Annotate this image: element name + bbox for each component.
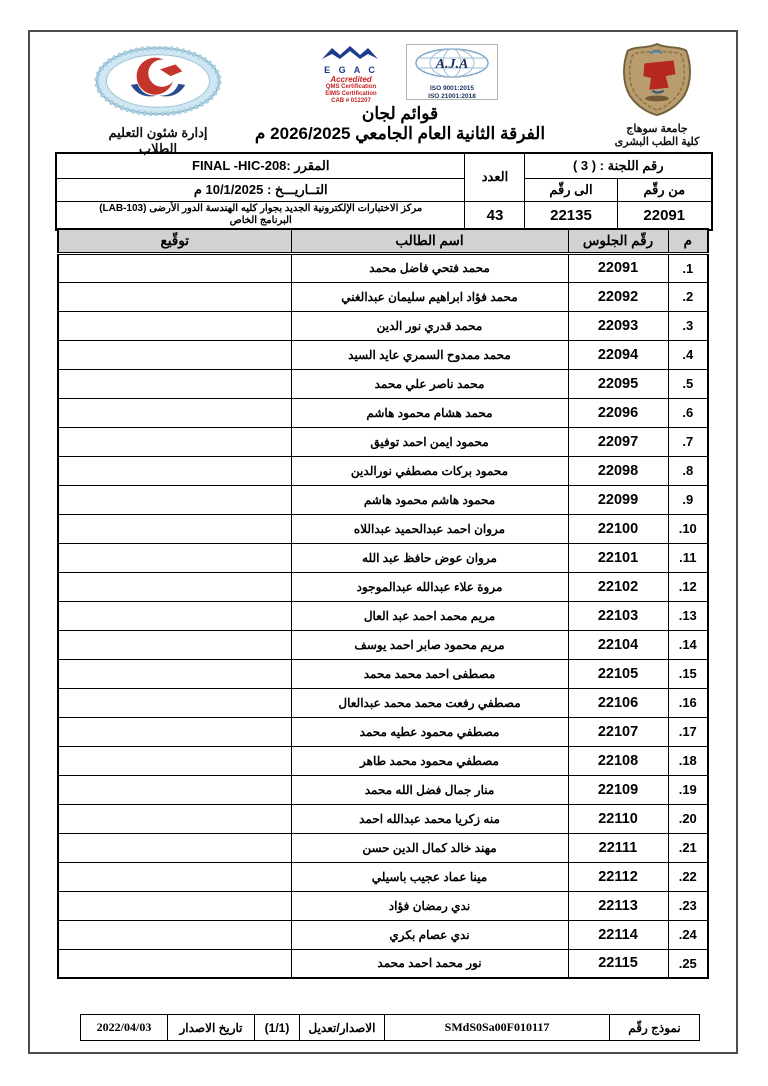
- row-index: 7.: [668, 427, 708, 456]
- table-row: 16. 22106 مصطفي رفعت محمد محمد عبدالعال: [58, 688, 708, 717]
- table-row: 23. 22113 ندي رمضان فؤاد: [58, 891, 708, 920]
- egac-accredited-label: Accredited: [302, 75, 400, 84]
- form-number-label: نموذج رقّم: [610, 1015, 700, 1041]
- signature-cell: [58, 891, 291, 920]
- table-row: 17. 22107 مصطفي محمود عطيه محمد: [58, 717, 708, 746]
- signature-cell: [58, 920, 291, 949]
- course-cell: المقرر :FINAL -HIC-208: [56, 153, 465, 178]
- committee-number-label: رقم اللجنة : ( 3 ): [525, 153, 712, 178]
- from-number-label: من رقّم: [617, 178, 712, 201]
- row-index: 9.: [668, 485, 708, 514]
- egac-cert-line2: EIMS Certification: [302, 91, 400, 98]
- row-index: 11.: [668, 543, 708, 572]
- issue-edit-value: (1/1): [255, 1015, 300, 1041]
- table-row: 21. 22111 مهند خالد كمال الدين حسن: [58, 833, 708, 862]
- student-name: مريم محمود صابر احمد يوسف: [291, 630, 568, 659]
- signature-cell: [58, 833, 291, 862]
- seat-number: 22098: [568, 456, 668, 485]
- table-row: 19. 22109 منار جمال فضل الله محمد: [58, 775, 708, 804]
- student-name: مصطفي رفعت محمد محمد عبدالعال: [291, 688, 568, 717]
- student-name: مروان عوض حافظ عبد الله: [291, 543, 568, 572]
- egac-cert-line1: QMS Certification: [302, 84, 400, 91]
- student-name: محمود ايمن احمد توفيق: [291, 427, 568, 456]
- row-index: 1.: [668, 253, 708, 282]
- row-index: 5.: [668, 369, 708, 398]
- student-table-body: 1. 22091 محمد فتحي فاضل محمد 2. 22092 مح…: [58, 253, 708, 978]
- row-index: 12.: [668, 572, 708, 601]
- seat-number: 22101: [568, 543, 668, 572]
- student-name: محمود هاشم محمود هاشم: [291, 485, 568, 514]
- student-name: منه زكريا محمد عبدالله احمد: [291, 804, 568, 833]
- signature-cell: [58, 601, 291, 630]
- faculty-emblem-icon: [92, 46, 224, 116]
- university-name: جامعة سوهاج: [598, 123, 716, 136]
- signature-cell: [58, 398, 291, 427]
- seat-number: 22100: [568, 514, 668, 543]
- aja-globe-icon: A.J.A: [413, 46, 491, 80]
- header-center: E G A C Accredited QMS Certification EIM…: [250, 44, 550, 144]
- row-index: 14.: [668, 630, 708, 659]
- student-name: محمد ممدوح السمري عايد السيد: [291, 340, 568, 369]
- table-row: 24. 22114 ندي عصام بكري: [58, 920, 708, 949]
- table-row: 14. 22104 مريم محمود صابر احمد يوسف: [58, 630, 708, 659]
- table-row: 22. 22112 مينا عماد عجيب باسيلي: [58, 862, 708, 891]
- seat-number: 22094: [568, 340, 668, 369]
- student-table: م رقّم الجلوس اسم الطالب توقّيع 1. 22091…: [57, 228, 709, 979]
- form-footer-table: نموذج رقّم SMdS0Sa00F010117 الاصدار/تعدي…: [80, 1014, 700, 1041]
- exam-location: مركز الاختبارات الإلكترونية الجديد بجوار…: [56, 201, 465, 230]
- egac-eagle-icon: [316, 45, 386, 61]
- header-signature: توقّيع: [58, 229, 291, 253]
- svg-text:A.J.A: A.J.A: [435, 57, 469, 72]
- aja-iso-line2: ISO 21001:2018: [407, 93, 497, 101]
- student-name: نور محمد احمد محمد: [291, 949, 568, 978]
- seat-number: 22093: [568, 311, 668, 340]
- row-index: 17.: [668, 717, 708, 746]
- seat-number: 22109: [568, 775, 668, 804]
- table-row: 13. 22103 مريم محمد احمد عبد العال: [58, 601, 708, 630]
- student-name: مريم محمد احمد عبد العال: [291, 601, 568, 630]
- document-page: جامعة سوهاج كلية الطب البشرى إدارة شئون …: [0, 0, 768, 1086]
- signature-cell: [58, 543, 291, 572]
- student-name: مهند خالد كمال الدين حسن: [291, 833, 568, 862]
- student-name: منار جمال فضل الله محمد: [291, 775, 568, 804]
- table-row: 25. 22115 نور محمد احمد محمد: [58, 949, 708, 978]
- seat-number: 22113: [568, 891, 668, 920]
- course-label: المقرر :: [286, 158, 329, 173]
- signature-cell: [58, 456, 291, 485]
- signature-cell: [58, 862, 291, 891]
- signature-cell: [58, 282, 291, 311]
- seat-number: 22097: [568, 427, 668, 456]
- student-name: محمود بركات مصطفي نورالدين: [291, 456, 568, 485]
- table-row: 2. 22092 محمد فؤاد ابراهيم سليمان عبدالغ…: [58, 282, 708, 311]
- seat-number: 22096: [568, 398, 668, 427]
- signature-cell: [58, 340, 291, 369]
- table-row: 15. 22105 مصطفى احمد محمد محمد: [58, 659, 708, 688]
- signature-cell: [58, 311, 291, 340]
- issue-date-label: تاريخ الاصدار: [168, 1015, 255, 1041]
- student-name: مروان احمد عبدالحميد عبداللاه: [291, 514, 568, 543]
- student-name: مينا عماد عجيب باسيلي: [291, 862, 568, 891]
- from-number-value: 22091: [617, 201, 712, 230]
- table-row: 8. 22098 محمود بركات مصطفي نورالدين: [58, 456, 708, 485]
- row-index: 18.: [668, 746, 708, 775]
- aja-iso-line1: ISO 9001:2015: [407, 85, 497, 93]
- seat-number: 22112: [568, 862, 668, 891]
- to-number-label: الى رقّم: [525, 178, 617, 201]
- student-name: محمد ناصر علي محمد: [291, 369, 568, 398]
- row-index: 13.: [668, 601, 708, 630]
- signature-cell: [58, 253, 291, 282]
- seat-number: 22108: [568, 746, 668, 775]
- faculty-name: كلية الطب البشرى: [598, 136, 716, 149]
- issue-date-value: 2022/04/03: [81, 1015, 168, 1041]
- table-row: 5. 22095 محمد ناصر علي محمد: [58, 369, 708, 398]
- table-row: 7. 22097 محمود ايمن احمد توفيق: [58, 427, 708, 456]
- course-code: FINAL -HIC-208: [192, 158, 286, 173]
- table-row: 4. 22094 محمد ممدوح السمري عايد السيد: [58, 340, 708, 369]
- row-index: 8.: [668, 456, 708, 485]
- student-name: مصطفي محمود محمد طاهر: [291, 746, 568, 775]
- student-name: مصطفي محمود عطيه محمد: [291, 717, 568, 746]
- table-row: 9. 22099 محمود هاشم محمود هاشم: [58, 485, 708, 514]
- signature-cell: [58, 572, 291, 601]
- signature-cell: [58, 659, 291, 688]
- count-label: العدد: [465, 153, 525, 201]
- signature-cell: [58, 369, 291, 398]
- signature-cell: [58, 949, 291, 978]
- faculty-emblem-block: إدارة شئون التعليم الطلاب: [88, 46, 228, 157]
- table-row: 10. 22100 مروان احمد عبدالحميد عبداللاه: [58, 514, 708, 543]
- table-row: 11. 22101 مروان عوض حافظ عبد الله: [58, 543, 708, 572]
- seat-number: 22103: [568, 601, 668, 630]
- exam-location-line2: البرنامج الخاص: [57, 215, 464, 227]
- student-name: محمد فؤاد ابراهيم سليمان عبدالغني: [291, 282, 568, 311]
- table-row: 6. 22096 محمد هشام محمود هاشم: [58, 398, 708, 427]
- student-name: ندي عصام بكري: [291, 920, 568, 949]
- table-row: 20. 22110 منه زكريا محمد عبدالله احمد: [58, 804, 708, 833]
- row-index: 16.: [668, 688, 708, 717]
- header-student-name: اسم الطالب: [291, 229, 568, 253]
- seat-number: 22111: [568, 833, 668, 862]
- form-number-value: SMdS0Sa00F010117: [385, 1015, 610, 1041]
- seat-number: 22102: [568, 572, 668, 601]
- seat-number: 22104: [568, 630, 668, 659]
- row-index: 10.: [668, 514, 708, 543]
- table-row: 12. 22102 مروة علاء عبدالله عبدالموجود: [58, 572, 708, 601]
- count-value: 43: [465, 201, 525, 230]
- student-name: محمد قدري نور الدين: [291, 311, 568, 340]
- egac-accreditation-logo: E G A C Accredited QMS Certification EIM…: [302, 44, 400, 102]
- row-index: 23.: [668, 891, 708, 920]
- seat-number: 22110: [568, 804, 668, 833]
- sohag-university-shield-icon: [616, 42, 698, 116]
- exam-location-line1: مركز الاختبارات الإلكترونية الجديد بجوار…: [57, 203, 464, 215]
- to-number-value: 22135: [525, 201, 617, 230]
- egac-name: E G A C: [302, 66, 400, 75]
- signature-cell: [58, 427, 291, 456]
- signature-cell: [58, 485, 291, 514]
- row-index: 20.: [668, 804, 708, 833]
- row-index: 22.: [668, 862, 708, 891]
- signature-cell: [58, 717, 291, 746]
- issue-edit-label: الاصدار/تعديل: [300, 1015, 385, 1041]
- signature-cell: [58, 746, 291, 775]
- student-name: محمد فتحي فاضل محمد: [291, 253, 568, 282]
- signature-cell: [58, 775, 291, 804]
- header-seat-number: رقّم الجلوس: [568, 229, 668, 253]
- row-index: 19.: [668, 775, 708, 804]
- row-index: 3.: [668, 311, 708, 340]
- row-index: 24.: [668, 920, 708, 949]
- seat-number: 22095: [568, 369, 668, 398]
- aja-iso-logo: A.J.A ISO 9001:2015 ISO 21001:2018: [406, 44, 498, 100]
- signature-cell: [58, 804, 291, 833]
- row-index: 6.: [668, 398, 708, 427]
- document-title: قوائم لجان: [250, 104, 550, 124]
- seat-number: 22105: [568, 659, 668, 688]
- row-index: 4.: [668, 340, 708, 369]
- signature-cell: [58, 630, 291, 659]
- seat-number: 22107: [568, 717, 668, 746]
- student-name: مصطفى احمد محمد محمد: [291, 659, 568, 688]
- table-row: 3. 22093 محمد قدري نور الدين: [58, 311, 708, 340]
- table-row: 18. 22108 مصطفي محمود محمد طاهر: [58, 746, 708, 775]
- row-index: 21.: [668, 833, 708, 862]
- seat-number: 22091: [568, 253, 668, 282]
- row-index: 25.: [668, 949, 708, 978]
- seat-number: 22092: [568, 282, 668, 311]
- document-subtitle: الفرقة الثانية العام الجامعي 2026/2025 م: [250, 124, 550, 144]
- seat-number: 22106: [568, 688, 668, 717]
- student-name: مروة علاء عبدالله عبدالموجود: [291, 572, 568, 601]
- header-index: م: [668, 229, 708, 253]
- committee-info-table: رقم اللجنة : ( 3 ) العدد المقرر :FINAL -…: [55, 152, 713, 231]
- seat-number: 22099: [568, 485, 668, 514]
- row-index: 2.: [668, 282, 708, 311]
- signature-cell: [58, 514, 291, 543]
- seat-number: 22115: [568, 949, 668, 978]
- signature-cell: [58, 688, 291, 717]
- university-logo-block: جامعة سوهاج كلية الطب البشرى: [598, 42, 716, 149]
- student-name: محمد هشام محمود هاشم: [291, 398, 568, 427]
- exam-date: التــاريـــخ : 10/1/2025 م: [56, 178, 465, 201]
- seat-number: 22114: [568, 920, 668, 949]
- student-name: ندي رمضان فؤاد: [291, 891, 568, 920]
- row-index: 15.: [668, 659, 708, 688]
- table-row: 1. 22091 محمد فتحي فاضل محمد: [58, 253, 708, 282]
